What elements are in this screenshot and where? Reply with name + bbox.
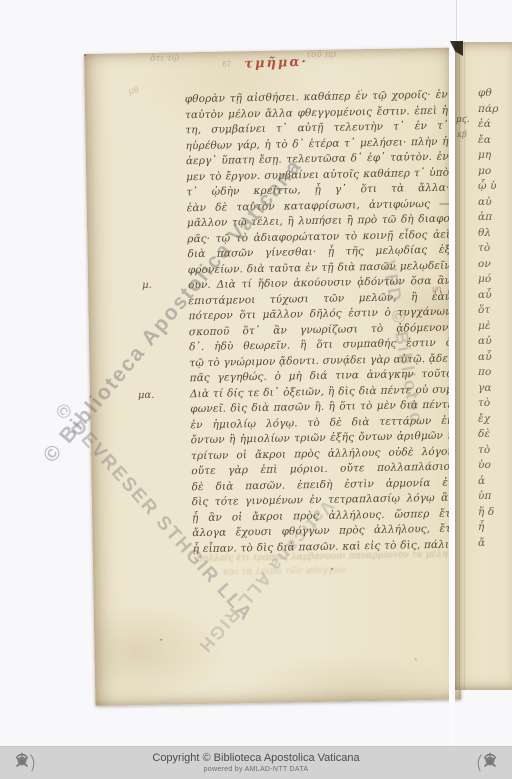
facing-text-fragment: μό	[478, 272, 512, 288]
facing-text-fragment: γα	[478, 381, 512, 397]
facing-text-fragment: ἥ δ	[478, 505, 512, 521]
background-seam-line	[456, 0, 457, 44]
facing-text-fragment: ἔα	[478, 133, 512, 149]
quire-mark-red: μη	[432, 284, 441, 293]
facing-text-fragment: δὲ	[478, 427, 512, 443]
facing-text-fragment: ὑπ	[478, 489, 512, 505]
facing-text-fragment: ὅτ	[478, 303, 512, 319]
pencil-number: 67	[222, 59, 231, 68]
facing-text-fragment: ἦ	[478, 520, 512, 536]
facing-text-fragment: ἔχ	[478, 412, 512, 428]
digitized-manuscript-viewer: ὅτι τῷ 67 τμῆμα· τοῦ πρ μθ φθορὰν τῇ αἰσ…	[0, 0, 512, 779]
header-showthrough-left: ὅτι τῷ	[150, 53, 179, 64]
margin-number-41: μα.	[138, 390, 155, 401]
gutter-crease	[459, 42, 460, 690]
facing-text-fragment: πο	[478, 365, 512, 381]
footer-powered-by: powered by AMLAD-NTT DATA	[0, 766, 512, 773]
facing-margin-number: κβ	[457, 130, 467, 139]
facing-text-fragment: ἐά	[478, 117, 512, 133]
facing-margin-number: μϛ.	[456, 115, 470, 125]
rubric-title: τμῆμα·	[244, 55, 308, 72]
facing-text-fragment: ἄ	[478, 536, 512, 552]
facing-text-fragment: ἀπ	[478, 210, 512, 226]
facing-text-fragment: μο	[478, 164, 512, 180]
facing-text-fragment: τὸ	[478, 241, 512, 257]
facing-text-fragment: ᾧ ὑ	[478, 179, 512, 195]
page-gap	[449, 40, 455, 746]
facing-text-fragment: αὖ	[478, 350, 512, 366]
facing-text-fragment: τὸ	[478, 396, 512, 412]
facing-text-fragment: φθ	[478, 86, 512, 102]
ink-specks	[84, 54, 86, 56]
margin-number-40: μ.	[142, 280, 152, 291]
facing-text-fragment: ον	[478, 257, 512, 273]
showthrough-line-2: καὶ τὰ λοιπὰ τῶν φθόγγων	[223, 565, 373, 578]
facing-text-fragment: πάρ	[478, 102, 512, 118]
facing-text-fragment: αὐ	[478, 334, 512, 350]
vatican-library-emblem-icon	[469, 750, 499, 777]
footer-bar: Copyright © Biblioteca Apostolica Vatica…	[0, 746, 512, 779]
facing-text-fragment: μὲ	[478, 319, 512, 335]
facing-text-fragment: ὑο	[478, 458, 512, 474]
facing-text-fragment: τὸ	[478, 443, 512, 459]
manuscript-text-block: φθορὰν τῇ αἰσθήσει. καθάπερ ἐν τῷ χοροῖς…	[185, 88, 456, 558]
folio-scribble: μθ	[128, 84, 140, 95]
facing-text-fragment: μη	[478, 148, 512, 164]
gutter-crease	[464, 42, 465, 690]
facing-text-fragment: θλ	[478, 226, 512, 242]
header-showthrough-right: τοῦ πρ	[306, 50, 336, 61]
facing-text-fragment: αὖ	[478, 288, 512, 304]
facing-page-text-fragments: φθπάρἐάἔαμημοᾧ ὑαὐἀπθλτὸονμόαὖὅτμὲαὐαὖπο…	[478, 86, 512, 551]
facing-text-fragment: αὐ	[478, 195, 512, 211]
footer-copyright: Copyright © Biblioteca Apostolica Vatica…	[0, 752, 512, 764]
facing-page-sliver: μϛ. κβ φθπάρἐάἔαμημοᾧ ὑαὐἀπθλτὸονμόαὖὅτμ…	[455, 42, 512, 690]
facing-text-fragment: ἀ	[478, 474, 512, 490]
